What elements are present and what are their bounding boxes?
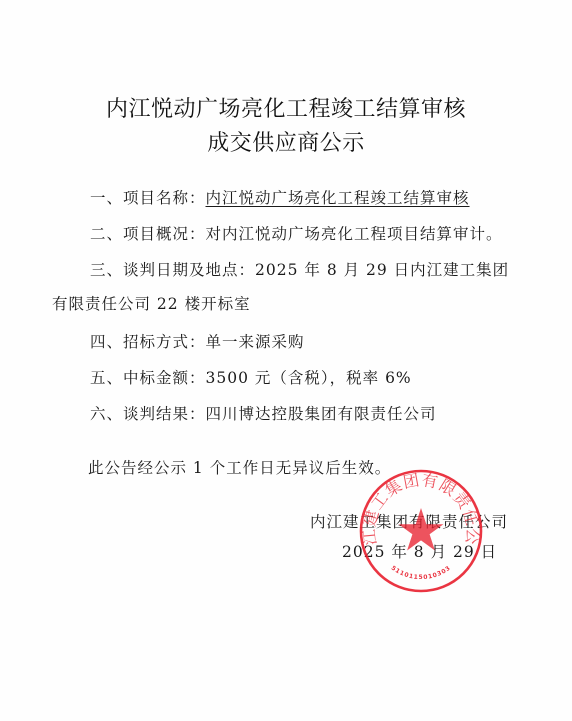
svg-text:5110115010303: 5110115010303 [390,565,452,582]
item-value: 3500 元（含税），税率 6% [206,369,412,387]
seal-text: 内江建工集团有限责任公司 [358,468,483,546]
item-negotiation-result: 六、谈判结果：四川博达控股集团有限责任公司 [90,402,437,424]
item-bidding-method: 四、招标方式：单一来源采购 [90,330,305,352]
document-page: 内江悦动广场亮化工程竣工结算审核 成交供应商公示 一、项目名称：内江悦动广场亮化… [0,0,572,721]
item-label: 二、项目概况： [90,225,206,243]
item-negotiation-place-continuation: 有限责任公司 22 楼开标室 [52,292,251,314]
signature-company: 内江建工集团有限责任公司 [310,510,508,532]
seal-code: 5110115010303 [390,565,452,582]
item-value: 2025 年 8 月 29 日内江建工集团 [255,261,509,279]
item-project-name: 一、项目名称：内江悦动广场亮化工程竣工结算审核 [90,186,470,208]
item-project-overview: 二、项目概况：对内江悦动广场亮化工程项目结算审计。 [90,222,503,244]
item-label: 五、中标金额： [90,369,206,387]
item-label: 一、项目名称： [90,189,206,207]
item-winning-amount: 五、中标金额：3500 元（含税），税率 6% [90,366,412,388]
title-line-1: 内江悦动广场亮化工程竣工结算审核 [0,92,572,123]
item-value: 单一来源采购 [206,333,305,351]
item-value: 内江悦动广场亮化工程竣工结算审核 [206,189,470,207]
signature-date: 2025 年 8 月 29 日 [342,540,497,562]
item-value: 四川博达控股集团有限责任公司 [206,405,437,423]
notice-text: 此公告经公示 1 个工作日无异议后生效。 [88,456,391,478]
item-label: 四、招标方式： [90,333,206,351]
title-line-2: 成交供应商公示 [0,126,572,157]
svg-text:内江建工集团有限责任公司: 内江建工集团有限责任公司 [358,468,483,546]
item-negotiation-date-place: 三、谈判日期及地点：2025 年 8 月 29 日内江建工集团 [90,258,509,280]
item-label: 三、谈判日期及地点： [90,261,255,279]
item-label: 六、谈判结果： [90,405,206,423]
item-value: 对内江悦动广场亮化工程项目结算审计。 [206,225,503,243]
